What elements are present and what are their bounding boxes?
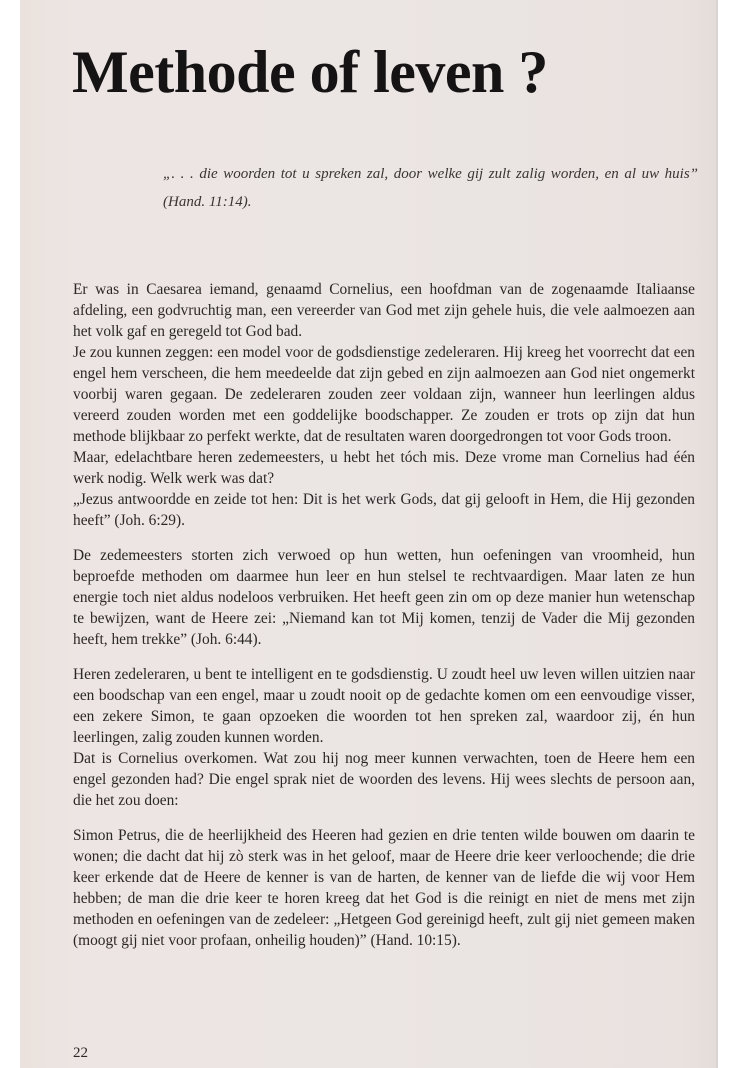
paragraph: Simon Petrus, die de heerlijkheid des He… bbox=[73, 825, 695, 951]
section-4: Simon Petrus, die de heerlijkheid des He… bbox=[73, 825, 695, 951]
section-3: Heren zedeleraren, u bent te intelligent… bbox=[73, 664, 695, 811]
paragraph: Maar, edelachtbare heren zedemeesters, u… bbox=[73, 447, 695, 489]
section-1: Er was in Caesarea iemand, genaamd Corne… bbox=[73, 279, 695, 531]
page-number: 22 bbox=[73, 1043, 88, 1063]
paragraph: Heren zedeleraren, u bent te intelligent… bbox=[73, 664, 695, 748]
page-title: Methode of leven ? bbox=[72, 34, 548, 110]
paragraph: Er was in Caesarea iemand, genaamd Corne… bbox=[73, 279, 695, 342]
epigraph-quote: „. . . die woorden tot u spreken zal, do… bbox=[163, 160, 698, 216]
paragraph: Dat is Cornelius overkomen. Wat zou hij … bbox=[73, 748, 695, 811]
body-text: Er was in Caesarea iemand, genaamd Corne… bbox=[73, 279, 695, 951]
paragraph: De zedemeesters storten zich verwoed op … bbox=[73, 545, 695, 650]
paragraph: Je zou kunnen zeggen: een model voor de … bbox=[73, 342, 695, 447]
section-2: De zedemeesters storten zich verwoed op … bbox=[73, 545, 695, 650]
book-page: Methode of leven ? „. . . die woorden to… bbox=[20, 0, 718, 1068]
paragraph: „Jezus antwoordde en zeide tot hen: Dit … bbox=[73, 489, 695, 531]
